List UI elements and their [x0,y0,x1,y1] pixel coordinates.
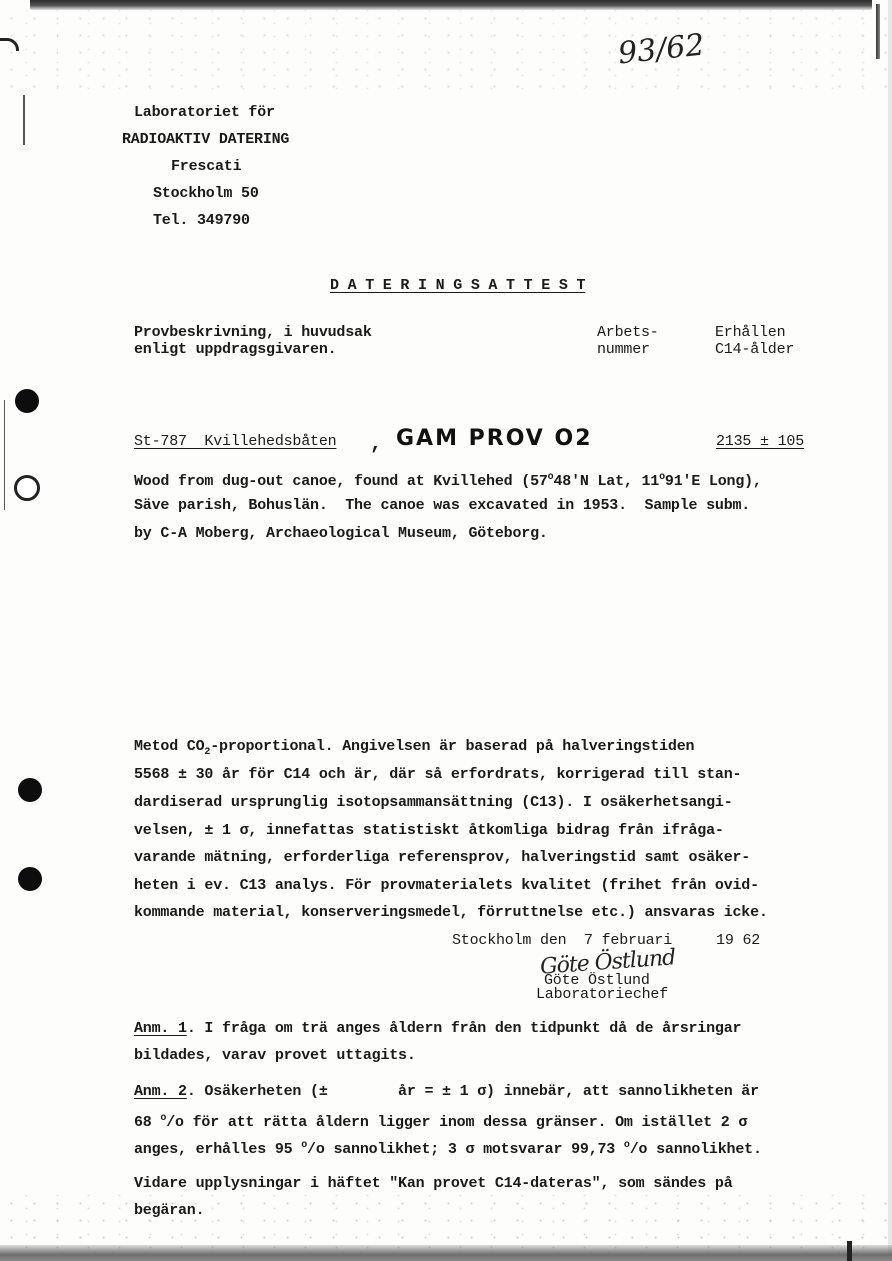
text: Wood from dug-out canoe, found at Kville… [134,473,548,490]
note-2-line: 68 o/o för att rätta åldern ligger inom … [134,1110,747,1131]
method-line: dardiserad ursprunglig isotopsammansättn… [134,794,733,811]
note-2-line: Anm. 2. Osäkerheten (± år = ± 1 σ) inneb… [134,1083,759,1100]
sample-id: St-787 Kvillehedsbåten [134,433,336,450]
handwritten-file-number: 93/62 [616,28,706,72]
column-header-work-number: nummer [597,341,650,358]
text: 91'E Long), [665,473,762,490]
text: -proportional. Angivelsen är baserad på … [210,738,694,755]
document-title: D A T E R I N G S A T T E S T [330,277,585,294]
note-1-line: Anm. 1. I fråga om trä anges åldern från… [134,1020,741,1037]
letterhead-line: Laboratoriet för [134,104,275,121]
punch-hole-icon [18,867,42,891]
margin-mark [23,95,25,145]
margin-mark [4,400,5,510]
text: 48'N Lat, 11 [553,473,659,490]
text: 68 [134,1114,160,1131]
punch-hole-icon [15,389,39,413]
scan-bottom-tab [847,1241,852,1261]
method-line: Metod CO2-proportional. Angivelsen är ba… [134,738,694,761]
column-header-description: enligt uppdragsgivaren. [134,341,336,358]
signatory-role: Laboratoriechef [536,988,668,1002]
column-header-work-number: Arbets- [597,324,659,341]
scan-noise-top [0,10,892,100]
further-info-line: begäran. [134,1202,204,1219]
letterhead-lab-name: RADIOAKTIV DATERING [122,131,289,148]
letterhead-line: Stockholm 50 [153,185,259,202]
further-info-line: Vidare upplysningar i häftet "Kan provet… [134,1175,733,1192]
method-line: heten i ev. C13 analys. För provmaterial… [134,877,759,894]
place-and-date: Stockholm den 7 februari 19 62 [452,932,760,949]
sample-description-line: by C-A Moberg, Archaeological Museum, Gö… [134,525,548,542]
method-line: varande mätning, erforderliga referenspr… [134,849,750,866]
note-label: Anm. 1 [134,1020,187,1037]
text: . I fråga om trä anges åldern från den t… [187,1020,742,1037]
separator-comma: , [370,436,382,453]
scanned-document-page: 93/62 Laboratoriet för RADIOAKTIV DATERI… [0,0,892,1261]
method-line: velsen, ± 1 σ, innefattas statistiskt åt… [134,822,724,839]
note-2-line: anges, erhålles 95 o/o sannolikhet; 3 σ … [134,1137,762,1158]
letterhead-line: Frescati [171,158,241,175]
scan-bottom-edge [0,1245,892,1261]
sample-c14-age: 2135 ± 105 [716,433,804,450]
scan-corner-curl [0,38,19,51]
text: /o för att rätta åldern ligger inom dess… [166,1114,747,1131]
method-line: kommande material, konserveringsmedel, f… [134,904,768,921]
note-1-line: bildades, varav provet uttagits. [134,1047,416,1064]
column-header-c14-age: Erhållen [715,324,785,341]
handwritten-sample-label: GAM PROV O2 [396,426,593,451]
note-label: Anm. 2 [134,1083,187,1100]
text: anges, erhålles 95 [134,1141,301,1158]
letterhead-phone: Tel. 349790 [153,212,250,229]
column-header-description: Provbeskrivning, i huvudsak [134,324,372,341]
text: /o sannolikhet. [630,1141,762,1158]
sample-description-line: Säve parish, Bohuslän. The canoe was exc… [134,497,750,514]
text: . Osäkerheten (± år = ± 1 σ) innebär, at… [187,1083,759,1100]
punch-hole-icon [18,778,42,802]
column-header-c14-age: C14-ålder [715,341,794,358]
scan-right-edge-mark [876,4,880,59]
text: Metod CO [134,738,204,755]
punch-hole-icon [14,475,40,501]
sample-description-line: Wood from dug-out canoe, found at Kville… [134,469,762,490]
scan-top-edge [30,0,872,10]
scan-right-border [888,0,892,1261]
text: /o sannolikhet; 3 σ motsvarar 99,73 [307,1141,624,1158]
method-line: 5568 ± 30 år för C14 och är, där så erfo… [134,766,741,783]
